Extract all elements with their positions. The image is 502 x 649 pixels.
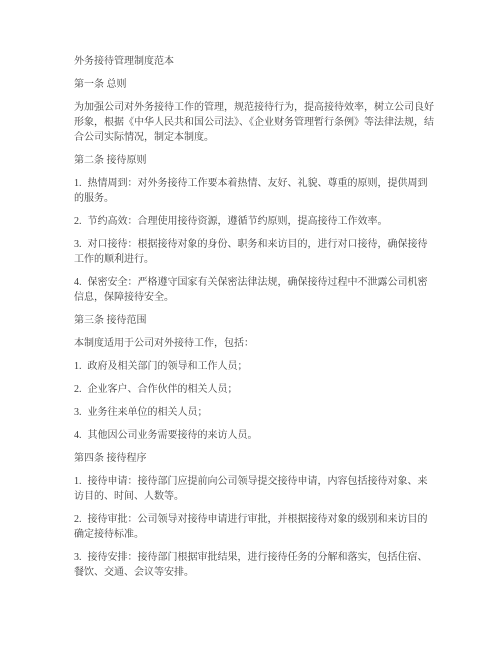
- item-number: 3.: [74, 405, 82, 420]
- section-heading: 第三条 接待范围: [74, 313, 436, 328]
- item-text: 其他因公司业务需要接待的来访人员。: [88, 430, 258, 441]
- item-number: 2.: [74, 512, 82, 527]
- numbered-item: 2.接待审批：公司领导对接待申请进行审批，并根据接待对象的级别和来访目的确定接待…: [74, 512, 436, 542]
- document-content: 外务接待管理制度范本 第一条 总则为加强公司对外务接待工作的管理，规范接待行为，…: [74, 54, 436, 588]
- numbered-item: 3.业务往来单位的相关人员；: [74, 405, 436, 420]
- sections: 第一条 总则为加强公司对外务接待工作的管理，规范接待行为，提高接待效率，树立公司…: [74, 77, 436, 580]
- document-page: 外务接待管理制度范本 第一条 总则为加强公司对外务接待工作的管理，规范接待行为，…: [0, 0, 502, 649]
- item-text: 企业客户、合作伙伴的相关人员；: [88, 384, 238, 395]
- item-number: 1.: [74, 359, 82, 374]
- item-number: 1.: [74, 176, 82, 191]
- item-number: 1.: [74, 474, 82, 489]
- numbered-item: 1.政府及相关部门的领导和工作人员；: [74, 359, 436, 374]
- section: 第四条 接待程序1.接待申请：接待部门应提前向公司领导提交接待申请，内容包括接待…: [74, 451, 436, 580]
- numbered-item: 3.对口接待：根据接待对象的身份、职务和来访目的，进行对口接待，确保接待工作的顺…: [74, 237, 436, 267]
- item-text: 业务往来单位的相关人员；: [88, 407, 208, 418]
- item-number: 3.: [74, 237, 82, 252]
- numbered-item: 3.接待安排：接待部门根据审批结果，进行接待任务的分解和落实，包括住宿、餐饮、交…: [74, 550, 436, 580]
- paragraph: 为加强公司对外务接待工作的管理，规范接待行为，提高接待效率，树立公司良好形象，根…: [74, 100, 436, 145]
- section: 第二条 接待原则1.热情周到：对外务接待工作要本着热情、友好、礼貌、尊重的原则，…: [74, 153, 436, 305]
- section: 第三条 接待范围本制度适用于公司对外接待工作，包括：1.政府及相关部门的领导和工…: [74, 313, 436, 443]
- item-number: 3.: [74, 550, 82, 565]
- paragraph: 本制度适用于公司对外接待工作，包括：: [74, 336, 436, 351]
- item-number: 4.: [74, 275, 82, 290]
- numbered-item: 1.接待申请：接待部门应提前向公司领导提交接待申请，内容包括接待对象、来访目的、…: [74, 474, 436, 504]
- section-heading: 第一条 总则: [74, 77, 436, 92]
- numbered-item: 1.热情周到：对外务接待工作要本着热情、友好、礼貌、尊重的原则，提供周到的服务。: [74, 176, 436, 206]
- numbered-item: 2.企业客户、合作伙伴的相关人员；: [74, 382, 436, 397]
- section-heading: 第四条 接待程序: [74, 451, 436, 466]
- numbered-item: 4.保密安全：严格遵守国家有关保密法律法规，确保接待过程中不泄露公司机密信息，保…: [74, 275, 436, 305]
- item-text: 节约高效：合理使用接待资源，遵循节约原则，提高接待工作效率。: [88, 216, 388, 227]
- section: 第一条 总则为加强公司对外务接待工作的管理，规范接待行为，提高接待效率，树立公司…: [74, 77, 436, 145]
- item-number: 4.: [74, 428, 82, 443]
- document-title: 外务接待管理制度范本: [74, 54, 436, 69]
- section-heading: 第二条 接待原则: [74, 153, 436, 168]
- item-text: 保密安全：严格遵守国家有关保密法律法规，确保接待过程中不泄露公司机密信息，保障接…: [74, 277, 428, 303]
- item-number: 2.: [74, 214, 82, 229]
- item-text: 接待审批：公司领导对接待申请进行审批，并根据接待对象的级别和来访目的确定接待标准…: [74, 514, 428, 540]
- item-text: 对口接待：根据接待对象的身份、职务和来访目的，进行对口接待，确保接待工作的顺利进…: [74, 239, 428, 265]
- numbered-item: 2.节约高效：合理使用接待资源，遵循节约原则，提高接待工作效率。: [74, 214, 436, 229]
- item-text: 接待安排：接待部门根据审批结果，进行接待任务的分解和落实，包括住宿、餐饮、交通、…: [74, 552, 428, 578]
- item-text: 接待申请：接待部门应提前向公司领导提交接待申请，内容包括接待对象、来访目的、时间…: [74, 476, 428, 502]
- item-text: 政府及相关部门的领导和工作人员；: [88, 361, 248, 372]
- item-text: 热情周到：对外务接待工作要本着热情、友好、礼貌、尊重的原则，提供周到的服务。: [74, 178, 428, 204]
- item-number: 2.: [74, 382, 82, 397]
- numbered-item: 4.其他因公司业务需要接待的来访人员。: [74, 428, 436, 443]
